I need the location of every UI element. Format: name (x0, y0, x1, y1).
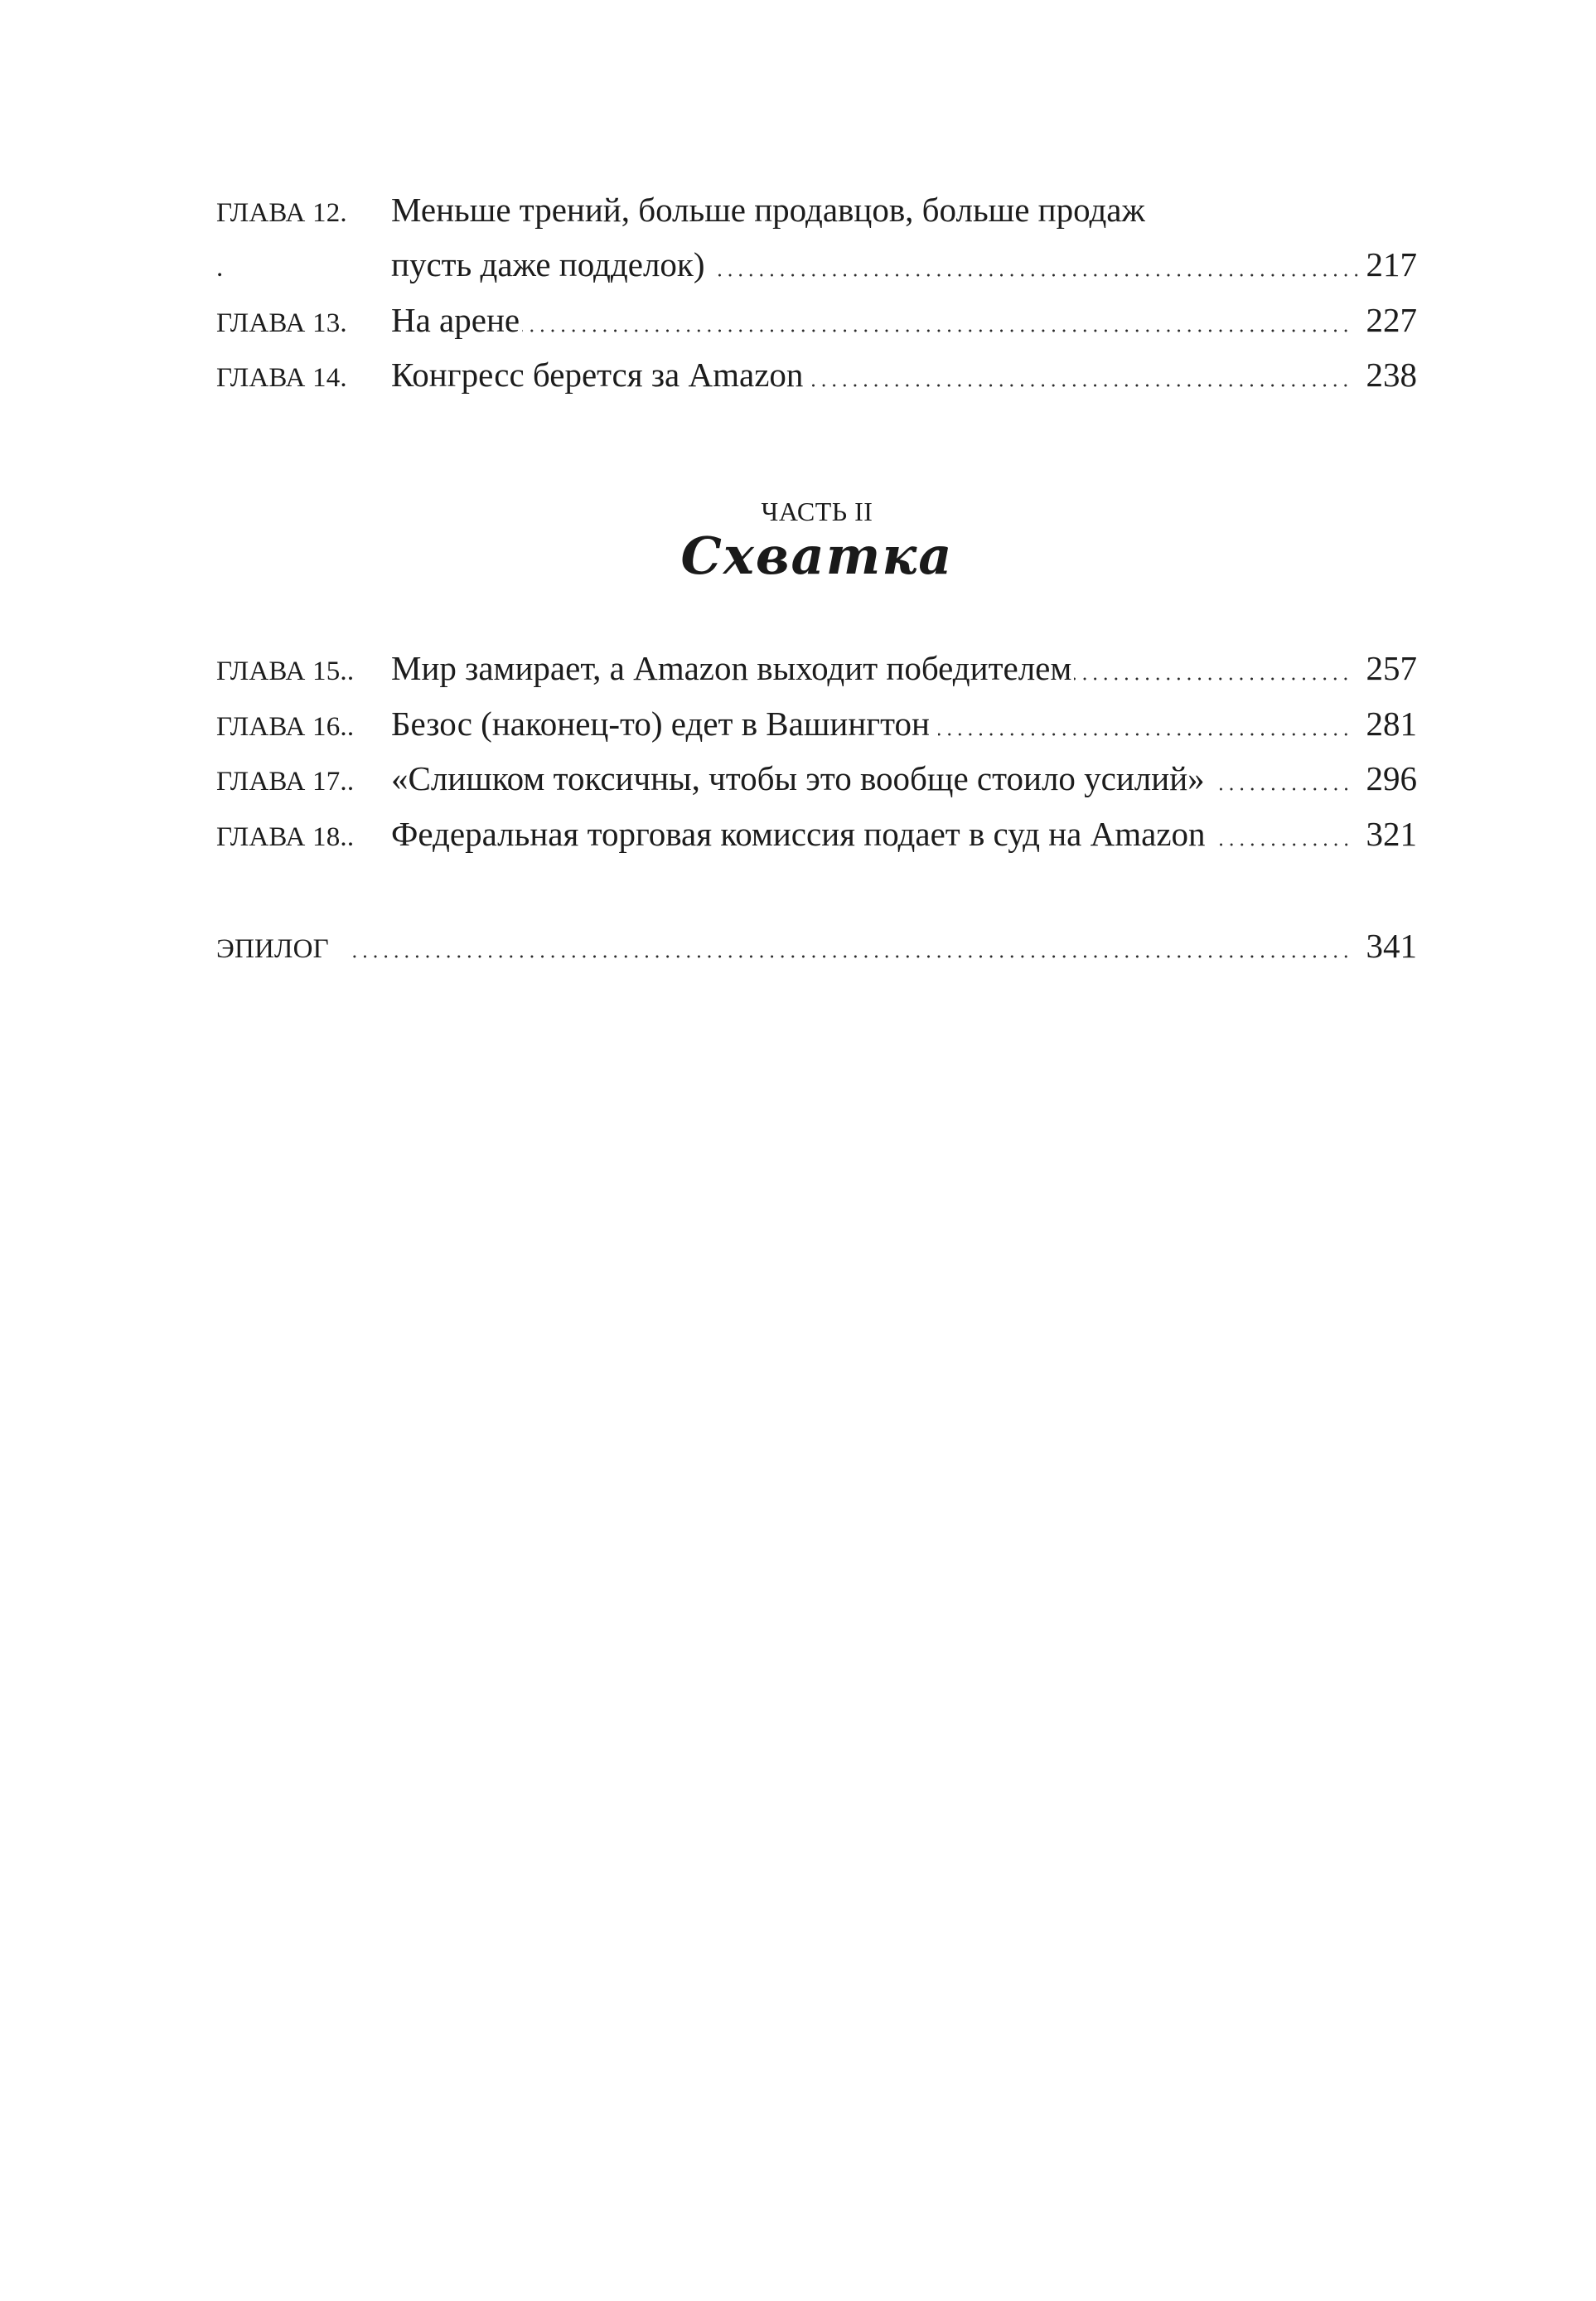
epilogue-label[interactable]: ЭПИЛОГ (216, 933, 329, 966)
toc-entry-chapter-16[interactable]: ГЛАВА 16.. Безос (наконец-то) едет в Ваш… (216, 707, 1417, 741)
toc-entry-epilogue[interactable]: ЭПИЛОГ 341 (216, 929, 1417, 963)
page-number[interactable]: 341 (1366, 929, 1418, 963)
chapter-title[interactable]: «Слишком токсичны, чтобы это вообще стои… (391, 762, 1205, 796)
page-number[interactable]: 296 (1366, 762, 1418, 796)
toc-entry-chapter-17[interactable]: ГЛАВА 17.. «Слишком токсичны, чтобы это … (216, 762, 1417, 796)
toc-entry-chapter-12-continued[interactable]: . пусть даже подделок) 217 (216, 248, 1417, 282)
page-number[interactable]: 227 (1366, 303, 1418, 337)
dot-leader (1074, 652, 1351, 685)
toc-entry-chapter-13[interactable]: ГЛАВА 13. На арене 227 (216, 303, 1417, 337)
page-number[interactable]: 321 (1366, 817, 1418, 851)
chapter-title[interactable]: На арене (391, 303, 520, 337)
dot-leader (811, 358, 1351, 392)
chapter-label: ГЛАВА 12. (216, 196, 391, 230)
dot-leader (522, 303, 1351, 337)
part-label: ЧАСТЬ II (0, 498, 1596, 525)
chapter-label: ГЛАВА 17.. (216, 765, 391, 799)
chapter-label: ГЛАВА 16.. (216, 710, 391, 744)
chapter-label: ГЛАВА 14. (216, 361, 391, 395)
page-number[interactable]: 281 (1366, 707, 1418, 741)
dot-leader (713, 248, 1361, 282)
toc-entry-chapter-12[interactable]: ГЛАВА 12. Меньше трений, больше продавцо… (216, 193, 1417, 227)
chapter-label: ГЛАВА 15.. (216, 655, 391, 689)
chapter-title[interactable]: Федеральная торговая комиссия подает в с… (391, 817, 1206, 851)
dot-leader (938, 707, 1352, 741)
chapter-title[interactable]: Мир замирает, а Amazon выходит победител… (391, 652, 1071, 685)
toc-entry-chapter-14[interactable]: ГЛАВА 14. Конгресс берется за Amazon 238 (216, 358, 1417, 392)
chapter-title[interactable]: пусть даже подделок) (391, 248, 705, 282)
dot-leader (1213, 762, 1352, 796)
chapter-label: ГЛАВА 18.. (216, 821, 391, 855)
page-number[interactable]: 217 (1366, 248, 1418, 282)
chapter-label: . (216, 251, 391, 285)
toc-entry-chapter-15[interactable]: ГЛАВА 15.. Мир замирает, а Amazon выходи… (216, 652, 1417, 685)
chapter-title[interactable]: Безос (наконец-то) едет в Вашингтон (391, 707, 930, 741)
dot-leader (347, 929, 1352, 963)
chapter-title[interactable]: Меньше трений, больше продавцов, больше … (391, 193, 1145, 227)
part-title[interactable]: Схватка (0, 530, 1596, 582)
chapter-label: ГЛАВА 13. (216, 307, 391, 341)
page-number[interactable]: 257 (1366, 652, 1418, 685)
chapter-title[interactable]: Конгресс берется за Amazon (391, 358, 803, 392)
page-number[interactable]: 238 (1366, 358, 1418, 392)
dot-leader (1214, 817, 1352, 851)
toc-entry-chapter-18[interactable]: ГЛАВА 18.. Федеральная торговая комиссия… (216, 817, 1417, 851)
